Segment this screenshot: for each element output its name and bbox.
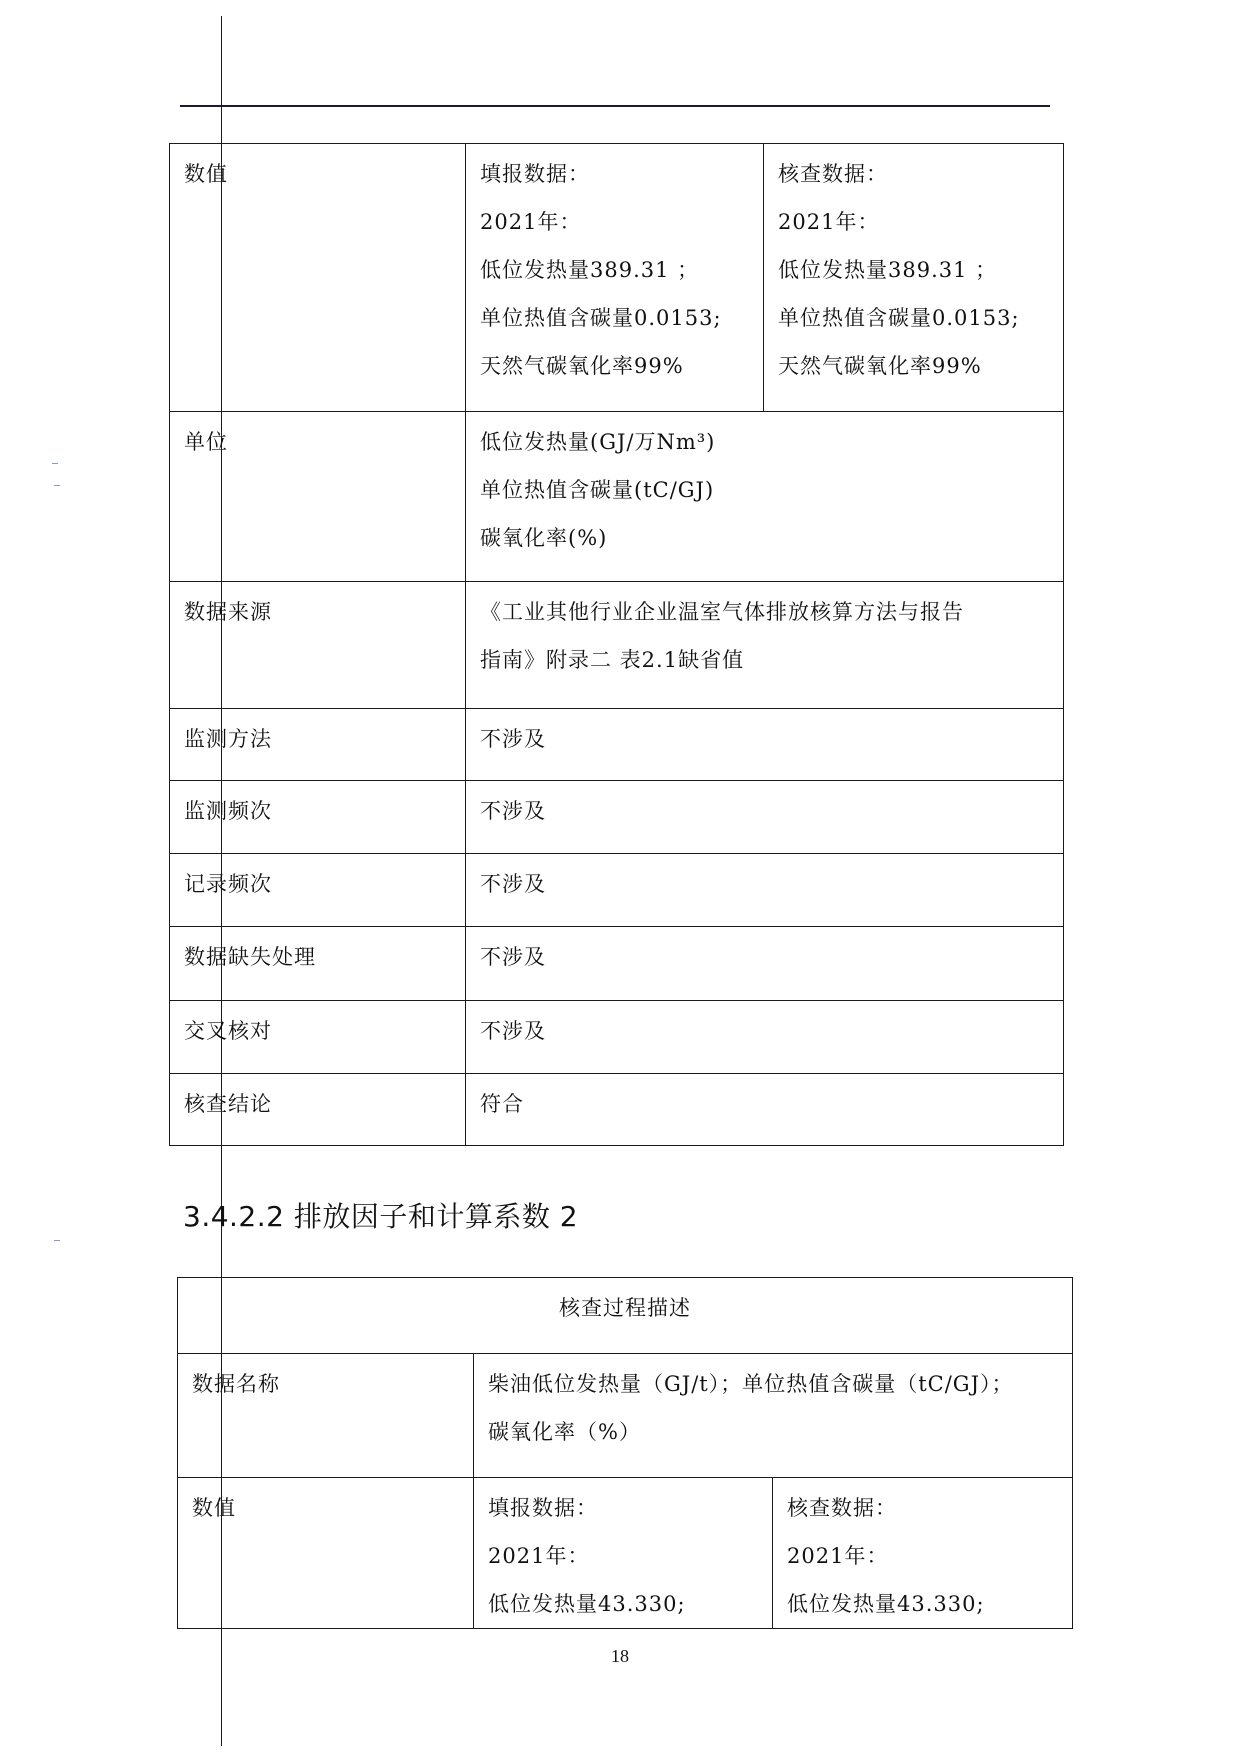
reported-ncv: 低位发热量389.31 ； — [480, 246, 749, 294]
row-label: 单位 — [170, 412, 466, 582]
table-row-missing-data-handling: 数据缺失处理 不涉及 — [170, 927, 1064, 1001]
row-label: 核查结论 — [170, 1074, 466, 1146]
reported-year: 2021年： — [480, 198, 749, 246]
reported-oxidation-rate: 天然气碳氧化率99% — [480, 342, 749, 390]
row-label: 记录频次 — [170, 854, 466, 927]
data-name-line-1: 柴油低位发热量（GJ/t）；单位热值含碳量（tC/GJ）； — [488, 1360, 1058, 1408]
row-value: 不涉及 — [466, 781, 1064, 854]
row-value: 符合 — [466, 1074, 1064, 1146]
table-row-monitoring-frequency: 监测频次 不涉及 — [170, 781, 1064, 854]
table-row-values: 数值 填报数据： 2021年： 低位发热量389.31 ； 单位热值含碳量0.0… — [170, 144, 1064, 412]
scan-speck — [52, 463, 58, 464]
verified-oxidation-rate: 天然气碳氧化率99% — [778, 342, 1049, 390]
table-header: 核查过程描述 — [178, 1278, 1073, 1354]
data-name-cell: 柴油低位发热量（GJ/t）；单位热值含碳量（tC/GJ）； 碳氧化率（%） — [474, 1354, 1073, 1478]
emission-factor-table-1: 数值 填报数据： 2021年： 低位发热量389.31 ； 单位热值含碳量0.0… — [169, 143, 1064, 1146]
table-row-data-name: 数据名称 柴油低位发热量（GJ/t）；单位热值含碳量（tC/GJ）； 碳氧化率（… — [178, 1354, 1073, 1478]
scan-speck — [54, 1240, 60, 1241]
emission-factor-table-2: 核查过程描述 数据名称 柴油低位发热量（GJ/t）；单位热值含碳量（tC/GJ）… — [177, 1277, 1073, 1629]
verified-title: 核查数据： — [778, 150, 1049, 198]
reported-data-cell: 填报数据： 2021年： 低位发热量43.330; — [474, 1478, 773, 1629]
reported-ncv: 低位发热量43.330; — [488, 1580, 758, 1628]
table-row-values: 数值 填报数据： 2021年： 低位发热量43.330; 核查数据： 2021年… — [178, 1478, 1073, 1629]
verified-carbon-content: 单位热值含碳量0.0153; — [778, 294, 1049, 342]
unit-ncv: 低位发热量(GJ/万Nm³) — [480, 418, 1049, 466]
verified-ncv: 低位发热量389.31 ； — [778, 246, 1049, 294]
row-value: 不涉及 — [466, 927, 1064, 1001]
data-source-cell: 《工业其他行业企业温室气体排放核算方法与报告 指南》附录二 表2.1缺省值 — [466, 582, 1064, 709]
row-label: 监测方法 — [170, 709, 466, 781]
verified-year: 2021年： — [787, 1532, 1058, 1580]
reported-carbon-content: 单位热值含碳量0.0153; — [480, 294, 749, 342]
unit-carbon-content: 单位热值含碳量(tC/GJ) — [480, 466, 1049, 514]
data-name-line-2: 碳氧化率（%） — [488, 1408, 1058, 1456]
table-row-data-source: 数据来源 《工业其他行业企业温室气体排放核算方法与报告 指南》附录二 表2.1缺… — [170, 582, 1064, 709]
table-row-cross-check: 交叉核对 不涉及 — [170, 1001, 1064, 1074]
table-row-unit: 单位 低位发热量(GJ/万Nm³) 单位热值含碳量(tC/GJ) 碳氧化率(%) — [170, 412, 1064, 582]
scan-speck — [54, 485, 60, 486]
row-label: 数据名称 — [178, 1354, 474, 1478]
row-label: 交叉核对 — [170, 1001, 466, 1074]
row-label: 数据来源 — [170, 582, 466, 709]
table-row-record-frequency: 记录频次 不涉及 — [170, 854, 1064, 927]
table-row-monitoring-method: 监测方法 不涉及 — [170, 709, 1064, 781]
reported-year: 2021年： — [488, 1532, 758, 1580]
row-value: 不涉及 — [466, 1001, 1064, 1074]
verified-title: 核查数据： — [787, 1484, 1058, 1532]
reported-title: 填报数据： — [480, 150, 749, 198]
row-value: 不涉及 — [466, 854, 1064, 927]
row-label: 数值 — [170, 144, 466, 412]
row-value: 不涉及 — [466, 709, 1064, 781]
verified-data-cell: 核查数据： 2021年： 低位发热量389.31 ； 单位热值含碳量0.0153… — [764, 144, 1064, 412]
data-source-line-1: 《工业其他行业企业温室气体排放核算方法与报告 — [480, 588, 1049, 636]
unit-oxidation-rate: 碳氧化率(%) — [480, 514, 1049, 562]
row-label: 数值 — [178, 1478, 474, 1629]
verified-data-cell: 核查数据： 2021年： 低位发热量43.330; — [773, 1478, 1073, 1629]
row-label: 监测频次 — [170, 781, 466, 854]
page-number: 18 — [0, 1646, 1240, 1667]
reported-data-cell: 填报数据： 2021年： 低位发热量389.31 ； 单位热值含碳量0.0153… — [466, 144, 764, 412]
section-heading: 3.4.2.2 排放因子和计算系数 2 — [183, 1195, 578, 1235]
table-header-row: 核查过程描述 — [178, 1278, 1073, 1354]
data-source-line-2: 指南》附录二 表2.1缺省值 — [480, 636, 1049, 684]
verified-year: 2021年： — [778, 198, 1049, 246]
header-rule — [180, 105, 1050, 107]
table-row-conclusion: 核查结论 符合 — [170, 1074, 1064, 1146]
unit-cell: 低位发热量(GJ/万Nm³) 单位热值含碳量(tC/GJ) 碳氧化率(%) — [466, 412, 1064, 582]
verified-ncv: 低位发热量43.330; — [787, 1580, 1058, 1628]
reported-title: 填报数据： — [488, 1484, 758, 1532]
row-label: 数据缺失处理 — [170, 927, 466, 1001]
